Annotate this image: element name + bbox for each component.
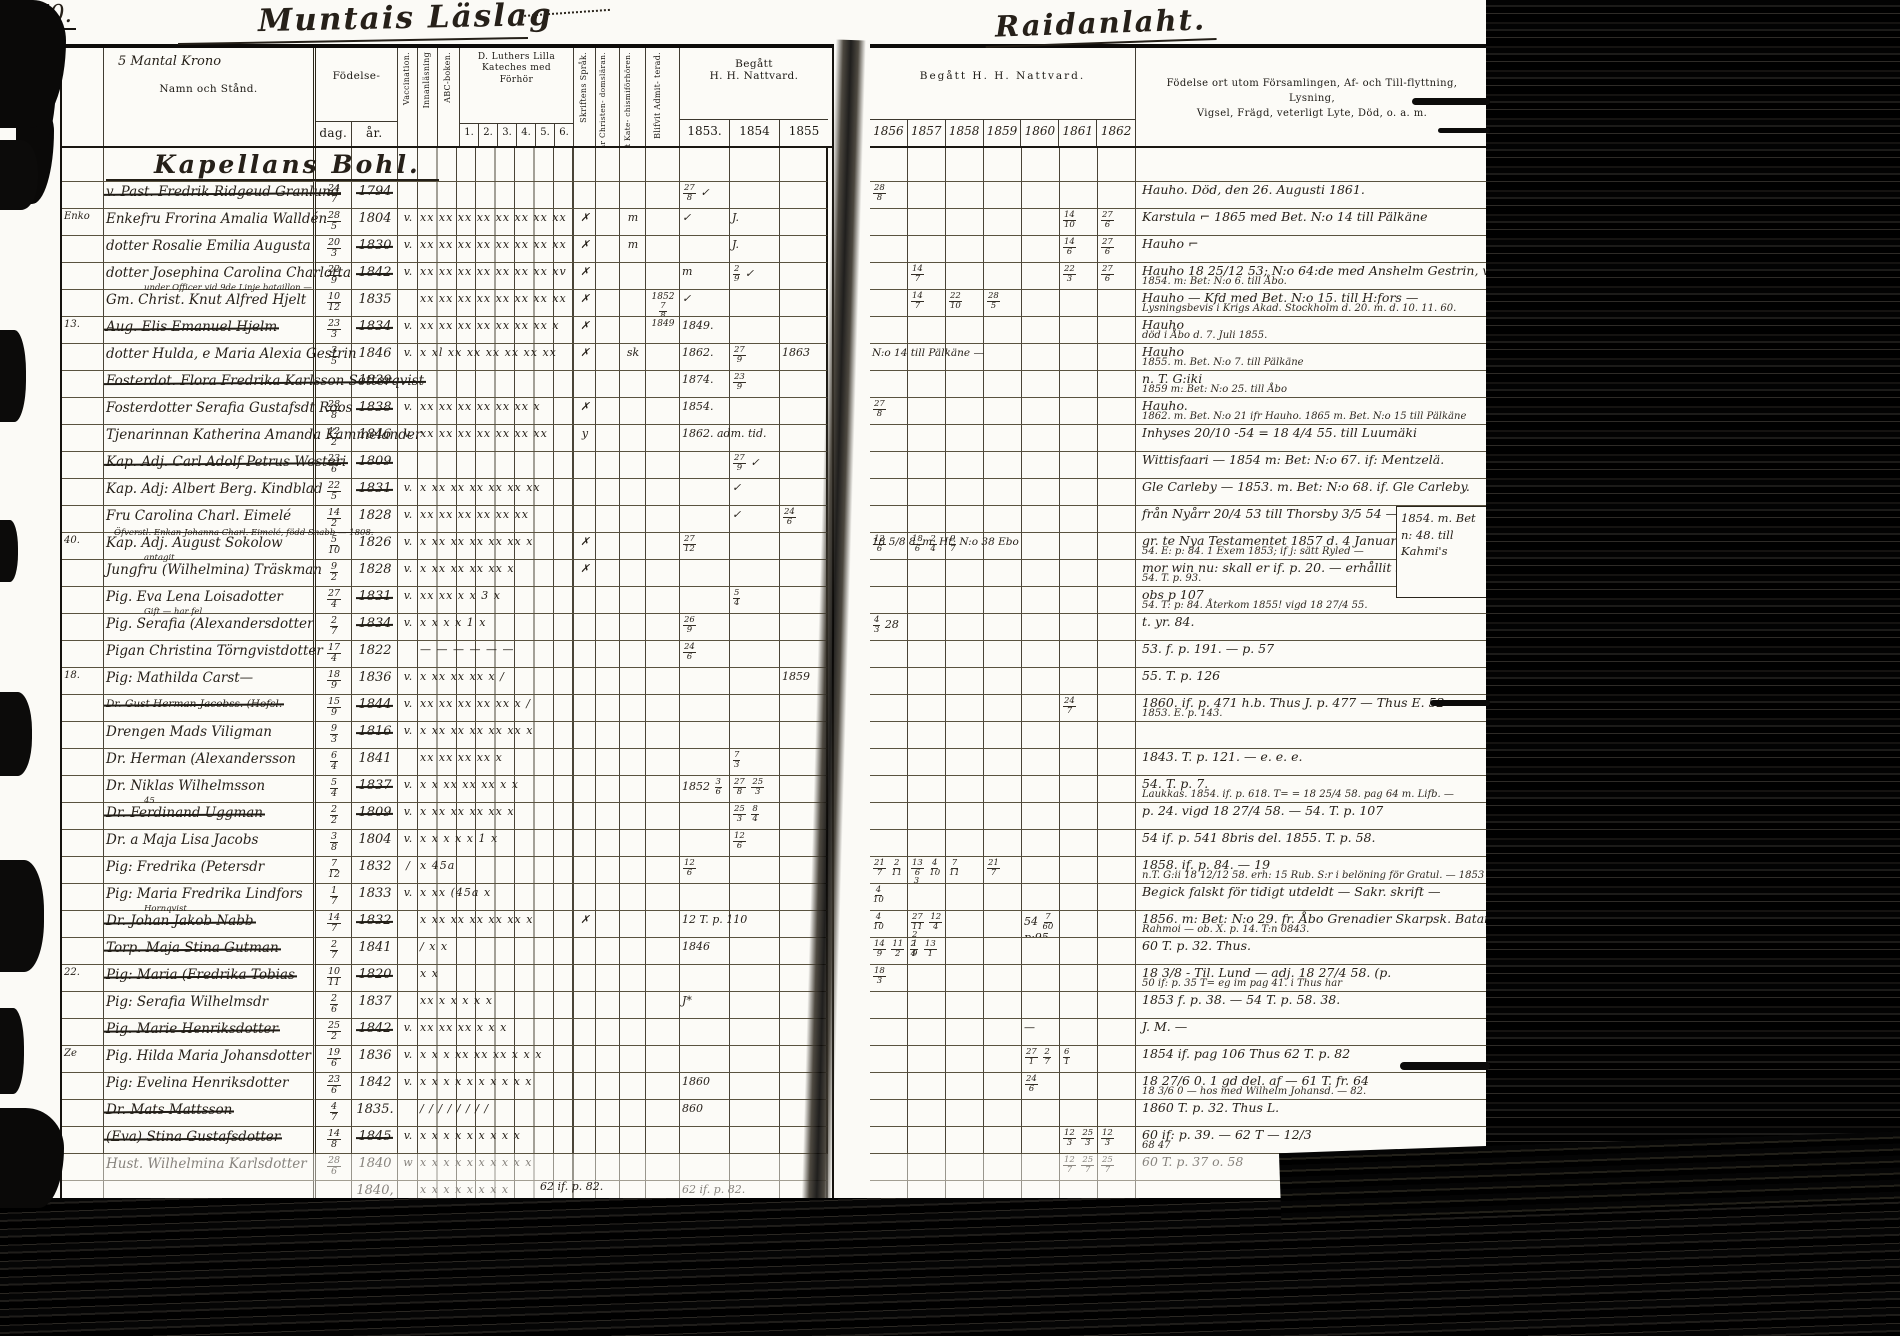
scripture-cell [574, 506, 596, 533]
communion-1856-cell [870, 506, 908, 533]
notes-cell: Gle Carleby — 1853. m. Bet: N:o 68. if. … [1136, 479, 1488, 506]
understands-doctrine-header: Förstår Christen- domsläran. [599, 52, 607, 146]
communion-1862-cell [1098, 344, 1136, 371]
doctrine-cell [596, 398, 620, 425]
reading-marks-cell: — — — — — — [418, 641, 574, 668]
communion-1860-cell [1022, 452, 1060, 479]
communion-1856-cell [870, 668, 908, 695]
catechism-header-line3: Förhör [500, 75, 533, 85]
name-cell: Pig: Evelina Henriksdotter [104, 1073, 316, 1100]
communion-1857-cell [908, 479, 946, 506]
notes-cell: Hauho1855. m. Bet. N:o 7. till Pälkäne [1136, 344, 1488, 371]
communion-1860-cell [1022, 1154, 1060, 1181]
doctrine-cell [596, 749, 620, 776]
communion-1857-cell [908, 452, 946, 479]
table-row: Kapellans Bohl. [62, 148, 832, 182]
scripture-cell: ✗ [574, 911, 596, 938]
communion-1861-cell [1060, 398, 1098, 425]
doctrine-cell [596, 263, 620, 290]
doctrine-cell [596, 209, 620, 236]
scripture-cell: ✗ [574, 317, 596, 344]
communion-1856-cell: 288 [870, 182, 908, 209]
margin-cell [62, 911, 104, 938]
communion-1858-cell [946, 803, 984, 830]
doctrine-cell [596, 668, 620, 695]
name-cell: Kapellans Bohl. [104, 148, 316, 182]
communion-1859-cell [984, 587, 1022, 614]
communion-1860-cell [1022, 344, 1060, 371]
table-row: (Eva) Stina Gustafsdotter1481845v.x x x … [62, 1127, 832, 1154]
table-row: 22.Pig: Maria (Fredrika Tobias10111820x … [62, 965, 832, 992]
missed-cell [620, 1154, 646, 1181]
communion-1862-cell [1098, 290, 1136, 317]
reading-marks-cell: x x x xx xx xx x x x [418, 1046, 574, 1073]
communion-1859-cell: 285 [984, 290, 1022, 317]
communion-1861-cell [1060, 1019, 1098, 1046]
notes-cell [1136, 148, 1488, 182]
scripture-cell [574, 776, 596, 803]
vaccination-cell: v. [398, 506, 418, 533]
communion-1862-cell [1098, 641, 1136, 668]
communion-1861-cell: 1410 [1060, 209, 1098, 236]
missed-cell [620, 695, 646, 722]
birth-year-cell: 1842 [352, 1073, 398, 1100]
communion-1856-cell [870, 587, 908, 614]
communion-1860-cell [1022, 479, 1060, 506]
birth-day-cell: 189 [316, 668, 352, 695]
communion-1857-cell: 147 [908, 263, 946, 290]
communion-1859-cell [984, 425, 1022, 452]
table-row: Dr. Mats Mattsson471835./ / / / / / / /8… [62, 1100, 832, 1127]
communion-header-right: Begått H. H. Nattvard. [870, 48, 1135, 82]
table-row: 18.Pig: Mathilda Carst—1891836v.x xx xx … [62, 668, 832, 695]
communion-1859-cell [984, 776, 1022, 803]
margin-cell [62, 749, 104, 776]
vaccination-cell [398, 965, 418, 992]
reading-marks-cell: xx xx xx xx xx xx x [418, 398, 574, 425]
missed-cell [620, 1046, 646, 1073]
communion-1861-cell [1060, 533, 1098, 560]
birth-year-cell: 1842 [352, 1019, 398, 1046]
doctrine-cell [596, 722, 620, 749]
table-row: 271 27611854 if. pag 106 Thus 62 T. p. 8… [870, 1046, 1490, 1073]
birth-day-cell: 22 [316, 803, 352, 830]
missed-cell [620, 182, 646, 209]
communion-1857-cell [908, 371, 946, 398]
reading-marks-cell: x xx xx xx xx xx x [418, 533, 574, 560]
communion-1859-cell [984, 398, 1022, 425]
admitted-cell [646, 965, 680, 992]
communion-1861-cell [1060, 749, 1098, 776]
communion-1854-cell [730, 722, 780, 749]
communion-1853-cell: J* [680, 992, 730, 1019]
communion-1856-cell [870, 236, 908, 263]
communion-1862-cell: 276 [1098, 209, 1136, 236]
communion-1855-cell [780, 148, 828, 182]
table-row: 410Begick falskt för tidigt utdeldt — Sa… [870, 884, 1490, 911]
table-row: 288Hauho. Död, den 26. Augusti 1861. [870, 182, 1490, 209]
communion-1853-cell [680, 587, 730, 614]
notes-cell: p. 24. vigd 18 27/4 58. — 54. T. p. 107 [1136, 803, 1488, 830]
missed-cell [620, 1019, 646, 1046]
communion-1860-cell [1022, 776, 1060, 803]
name-column-header: Namn och Stånd. [104, 83, 313, 95]
communion-1857-cell: 147 [908, 290, 946, 317]
communion-1858-cell [946, 452, 984, 479]
communion-1856-cell: 149 112 24 [870, 938, 908, 965]
communion-1853-cell [680, 749, 730, 776]
vaccination-cell: v. [398, 1127, 418, 1154]
communion-1862-cell [1098, 1073, 1136, 1100]
admitted-cell [646, 148, 680, 182]
margin-cell [62, 506, 104, 533]
admitted-cell [646, 776, 680, 803]
doctrine-cell [596, 938, 620, 965]
reading-marks-cell: x xx xx xx xx x [418, 803, 574, 830]
communion-1861-cell [1060, 479, 1098, 506]
scripture-cell [574, 722, 596, 749]
admitted-cell [646, 506, 680, 533]
birth-day-cell: 54 [316, 776, 352, 803]
communion-1862-cell [1098, 830, 1136, 857]
name-cell: Dr. Gust Herman Jacobss. (Hofsl. [104, 695, 316, 722]
mantal-note: 5 Mantal Krono [104, 48, 313, 69]
communion-1858-cell [946, 938, 984, 965]
scripture-cell [574, 479, 596, 506]
communion-1853-cell [680, 148, 730, 182]
communion-1854-cell [730, 857, 780, 884]
scripture-cell: ✗ [574, 236, 596, 263]
birth-year-cell: 1809 [352, 803, 398, 830]
name-cell: Gm. Christ. Knut Alfred Hjeltunder Offic… [104, 290, 316, 317]
reading-marks-cell: xx xx xx x x x [418, 1019, 574, 1046]
doctrine-cell [596, 587, 620, 614]
table-row: 1472210285Hauho — Kfd med Bet. N:o 15. t… [870, 290, 1490, 317]
communion-1858-cell [946, 1046, 984, 1073]
communion-1858-cell [946, 317, 984, 344]
communion-1861-cell [1060, 317, 1098, 344]
communion-1860-cell [1022, 1100, 1060, 1127]
margin-cell [62, 452, 104, 479]
communion-1858-cell [946, 506, 984, 533]
communion-1854-cell [730, 1154, 780, 1181]
reading-marks-cell: x x xx xx xx x x [418, 776, 574, 803]
name-cell: Fru Carolina Charl. EimeléÖfverstl. Enka… [104, 506, 316, 533]
communion-1854-cell: 278 253 [730, 776, 780, 803]
table-row: Pig: Fredrika (Petersdr7121832/x 45a126 [62, 857, 832, 884]
name-cell: Torp. Maja Stina Gutman [104, 938, 316, 965]
missed-cell: m [620, 236, 646, 263]
notes-cell: 18 27/6 0. 1 gd del. af — 61 T. fr. 6418… [1136, 1073, 1488, 1100]
doctrine-cell [596, 857, 620, 884]
admitted-cell [646, 263, 680, 290]
communion-1857-cell [908, 965, 946, 992]
communion-1854-cell [730, 1073, 780, 1100]
notes-cell: J. M. — [1136, 1019, 1488, 1046]
left-page-title: Muntais Läslag [258, 0, 553, 39]
birth-day-cell: 27 [316, 938, 352, 965]
communion-1860-cell [1022, 1127, 1060, 1154]
communion-1856-cell [870, 695, 908, 722]
scripture-cell [574, 1100, 596, 1127]
communion-1860-cell [1022, 992, 1060, 1019]
communion-1857-cell [908, 803, 946, 830]
communion-1861-cell: 123 253 [1060, 1127, 1098, 1154]
admitted-cell [646, 992, 680, 1019]
notes-cell: 1856. m: Bet: N:o 29. fr. Åbo Grenadier … [1136, 911, 1488, 938]
communion-1853-cell: 1852 36 [680, 776, 730, 803]
scripture-cell: ✗ [574, 344, 596, 371]
communion-1862-cell [1098, 803, 1136, 830]
vaccination-cell: v. [398, 479, 418, 506]
communion-1861-cell [1060, 965, 1098, 992]
communion-1854-cell: 239 [730, 371, 780, 398]
communion-1858-cell [946, 965, 984, 992]
doctrine-cell [596, 884, 620, 911]
vaccination-cell: v. [398, 884, 418, 911]
notes-cell: Hauho — Kfd med Bet. N:o 15. till H:fors… [1136, 290, 1488, 317]
communion-1861-cell [1060, 1100, 1098, 1127]
vaccination-cell: v. [398, 263, 418, 290]
doctrine-cell [596, 830, 620, 857]
missed-cell [620, 506, 646, 533]
communion-1859-cell [984, 263, 1022, 290]
communion-1853-cell: 126 [680, 857, 730, 884]
name-cell: (Eva) Stina Gustafsdotter [104, 1127, 316, 1154]
communion-1854-cell [730, 317, 780, 344]
communion-1855-cell [780, 182, 828, 209]
communion-1856-cell [870, 1127, 908, 1154]
communion-1856-cell [870, 1046, 908, 1073]
missed-cell [620, 263, 646, 290]
scan-edge-patch [0, 692, 32, 776]
scripture-cell [574, 1127, 596, 1154]
communion-header-line2: H. H. Nattvard. [710, 70, 799, 82]
table-row: Hust. Wilhelmina Karlsdotter2861840wx x … [62, 1154, 832, 1181]
reading-marks-cell: xx xx xx xx xx xx xx [418, 425, 574, 452]
communion-1860-cell [1022, 236, 1060, 263]
scripture-cell: ✗ [574, 263, 596, 290]
birth-day-cell: 93 [316, 722, 352, 749]
missed-cell [620, 1073, 646, 1100]
communion-1854-cell [730, 938, 780, 965]
missed-cell [620, 992, 646, 1019]
name-cell: Dr. Herman (Alexandersson [104, 749, 316, 776]
communion-1854-cell: ✓ [730, 479, 780, 506]
vaccination-header: Vaccination. [403, 52, 411, 105]
name-cell: Kap. Adj. August Sokolow [104, 533, 316, 560]
notes-cell: Hauho.1862. m. Bet. N:o 21 ifr Hauho. 18… [1136, 398, 1488, 425]
notes-cell: 54 if. p. 541 8bris del. 1855. T. p. 58. [1136, 830, 1488, 857]
communion-1853-cell: 1860 [680, 1073, 730, 1100]
birth-day-cell: 196 [316, 1046, 352, 1073]
communion-1857-cell [908, 560, 946, 587]
communion-1860-cell [1022, 209, 1060, 236]
missed-cell [620, 911, 646, 938]
communion-1857-cell [908, 1127, 946, 1154]
doctrine-cell [596, 776, 620, 803]
communion-1858-cell [946, 695, 984, 722]
vaccination-cell: v. [398, 668, 418, 695]
communion-1853-cell [680, 236, 730, 263]
communion-1858-cell [946, 830, 984, 857]
margin-cell [62, 560, 104, 587]
communion-1859-cell [984, 1100, 1022, 1127]
doctrine-cell [596, 344, 620, 371]
bottom-margin-note: 62 if. p. 82. [540, 1180, 603, 1193]
communion-1862-cell [1098, 371, 1136, 398]
birth-column-header: Födelse- [316, 70, 397, 82]
table-row: Dr. Ferdinand Uggman45221809v.x xx xx xx… [62, 803, 832, 830]
communion-1860-cell: — [1022, 1019, 1060, 1046]
missed-cell [620, 803, 646, 830]
communion-1853-cell [680, 452, 730, 479]
communion-1857-cell [908, 830, 946, 857]
table-row: EnkoEnkefru Frorina Amalia Walldén285180… [62, 209, 832, 236]
scan-blotch-top-left [0, 0, 66, 128]
communion-1856-cell [870, 209, 908, 236]
communion-1854-cell [730, 290, 780, 317]
doctrine-cell [596, 992, 620, 1019]
scripture-cell [574, 371, 596, 398]
table-row: 18318 3/8 - Til. Lund — adj. 18 27/4 58.… [870, 965, 1490, 992]
scanned-parish-register-page: { "page": { "number": "70.", "title_left… [0, 0, 1900, 1336]
catechism-part-numbers: 1.2.3. 4.5.6. [460, 123, 573, 146]
table-row: N:o 14 till Pälkäne —Hauho1855. m. Bet. … [870, 344, 1490, 371]
missed-cell [620, 830, 646, 857]
reading-marks-cell: x xl xx xx xx xx xx xx [418, 344, 574, 371]
scripture-cell [574, 641, 596, 668]
missed-cell [620, 398, 646, 425]
scan-edge-patch [0, 140, 38, 210]
name-cell: Pig. Eva Lena Loisadotter [104, 587, 316, 614]
communion-1853-cell: 269 [680, 614, 730, 641]
communion-1857-cell [908, 1019, 946, 1046]
communion-1862-cell [1098, 965, 1136, 992]
reading-marks-cell: xx x x x x x [418, 992, 574, 1019]
doctrine-cell [596, 236, 620, 263]
scripture-cell [574, 614, 596, 641]
communion-1860-cell [1022, 749, 1060, 776]
communion-1856-cell: 217 211 [870, 857, 908, 884]
vaccination-cell: v. [398, 398, 418, 425]
communion-1861-cell [1060, 587, 1098, 614]
missed-cell [620, 641, 646, 668]
birth-day-cell: 147 [316, 911, 352, 938]
scripture-cell [574, 1073, 596, 1100]
table-row: 1843. T. p. 121. — e. e. e. [870, 749, 1490, 776]
communion-1856-cell: 43 28 [870, 614, 908, 641]
communion-1856-cell [870, 992, 908, 1019]
table-row: 55. T. p. 126 [870, 668, 1490, 695]
communion-1859-cell [984, 1154, 1022, 1181]
table-row: 2471860. if. p. 471 h.b. Thus J. p. 477 … [870, 695, 1490, 722]
communion-1858-cell [946, 209, 984, 236]
admitted-cell [646, 1019, 680, 1046]
name-cell: Hust. Wilhelmina Karlsdotter [104, 1154, 316, 1181]
communion-1859-cell [984, 371, 1022, 398]
communion-1856-cell [870, 776, 908, 803]
table-row: Pigan Christina Törngvistdotter1741822— … [62, 641, 832, 668]
margin-cell [62, 938, 104, 965]
communion-1853-cell: 246 [680, 641, 730, 668]
table-row: Pig: Serafia Wilhelmsdr261837xx x x x x … [62, 992, 832, 1019]
table-row: Kap. Adj: Albert Berg. Kindblad2251831v.… [62, 479, 832, 506]
communion-1858-cell [946, 479, 984, 506]
table-row: n. T. G:iki1859 m: Bet: N:o 25. till Åbo [870, 371, 1490, 398]
communion-1859-cell [984, 344, 1022, 371]
communion-1858-cell [946, 263, 984, 290]
communion-1854-cell: J. [730, 236, 780, 263]
margin-cell [62, 1127, 104, 1154]
communion-1858-cell: 2210 [946, 290, 984, 317]
doctrine-cell [596, 371, 620, 398]
name-cell: Kap. Adj. Carl Adolf Petrus Westeri [104, 452, 316, 479]
communion-years-right: 1856 1857 1858 1859 1860 1861 1862 [870, 119, 1135, 146]
doctrine-cell [596, 1073, 620, 1100]
communion-1860-cell [1022, 938, 1060, 965]
margin-cell [62, 371, 104, 398]
left-table-header: 5 Mantal Krono Namn och Stånd. Födelse- … [62, 48, 832, 148]
communion-1861-cell [1060, 1073, 1098, 1100]
communion-1862-cell [1098, 992, 1136, 1019]
vaccination-cell: v. [398, 803, 418, 830]
left-page-table: 5 Mantal Krono Namn och Stånd. Födelse- … [60, 44, 834, 1210]
reading-marks-cell [418, 371, 574, 398]
birth-day-cell: 26 [316, 992, 352, 1019]
communion-1853-cell [680, 1046, 730, 1073]
communion-1860-cell [1022, 614, 1060, 641]
communion-1854-cell [730, 614, 780, 641]
communion-1860-cell [1022, 884, 1060, 911]
margin-cell [62, 695, 104, 722]
scripture-cell: y [574, 425, 596, 452]
margin-cell [62, 479, 104, 506]
communion-1862-cell [1098, 1046, 1136, 1073]
margin-cell: 22. [62, 965, 104, 992]
communion-1856-cell [870, 452, 908, 479]
communion-1860-cell [1022, 722, 1060, 749]
communion-1854-cell [730, 398, 780, 425]
birth-year-cell: 1816 [352, 722, 398, 749]
birth-year-cell: 1840 [352, 1154, 398, 1181]
vaccination-cell: v. [398, 533, 418, 560]
communion-1854-cell [730, 1046, 780, 1073]
scripture-cell [574, 857, 596, 884]
admitted-cell [646, 182, 680, 209]
communion-1859-cell [984, 1046, 1022, 1073]
scripture-cell: ✗ [574, 533, 596, 560]
reading-marks-cell: x 45a [418, 857, 574, 884]
table-row: Dr. Niklas Wilhelmsson541837v.x x xx xx … [62, 776, 832, 803]
communion-1857-cell [908, 182, 946, 209]
communion-1858-cell [946, 668, 984, 695]
communion-1857-cell [908, 884, 946, 911]
communion-1854-cell [730, 992, 780, 1019]
communion-1861-cell: 127 257 [1060, 1154, 1098, 1181]
table-row: —J. M. — [870, 1019, 1490, 1046]
scan-edge-patch [0, 520, 18, 582]
communion-1861-cell: 146 [1060, 236, 1098, 263]
table-row: 147223276Hauho 18 25/12 53; N:o 64:de me… [870, 263, 1490, 290]
communion-1855-cell [780, 425, 828, 452]
communion-1855-cell: 1863 [780, 344, 828, 371]
reading-marks-cell: x xx xx xx xx xx xx [418, 479, 574, 506]
reading-marks-cell: xx xx x x 3 x [418, 587, 574, 614]
admitted-cell [646, 641, 680, 668]
admitted-cell [646, 1073, 680, 1100]
table-row: 13.Aug. Elis Emanuel Hjelm2331834v.xx xx… [62, 317, 832, 344]
